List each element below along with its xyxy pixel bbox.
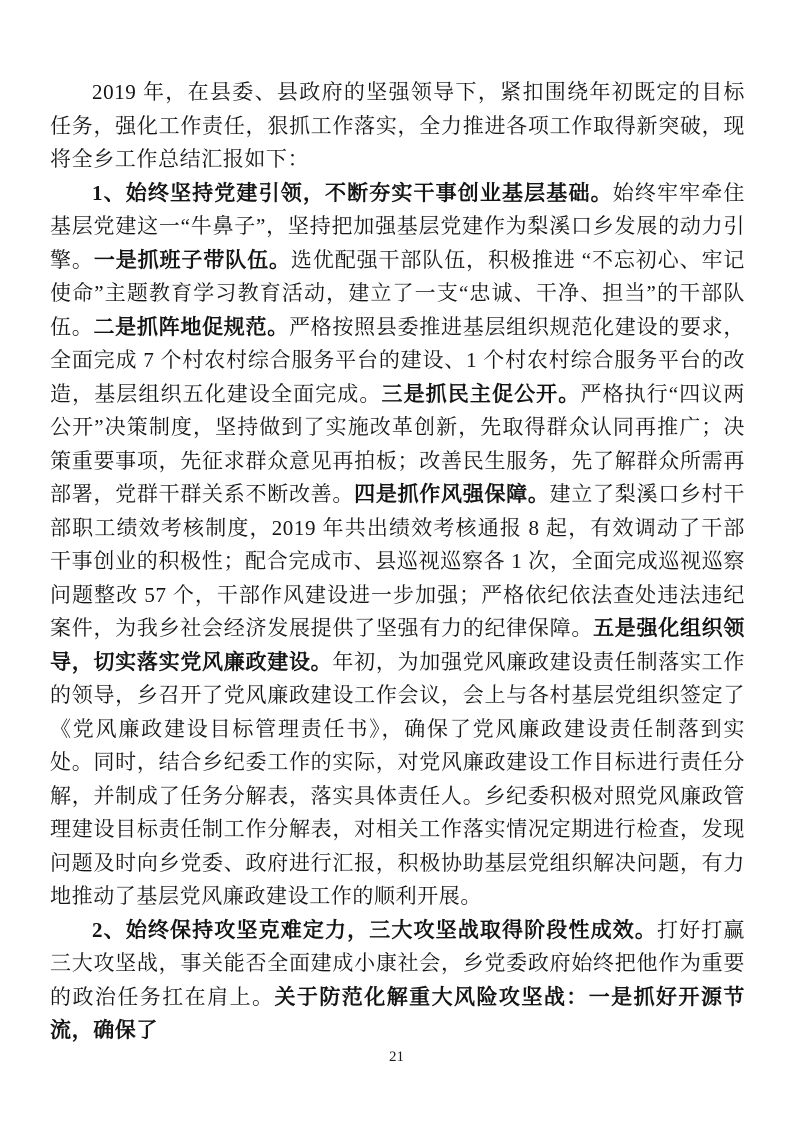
paragraph: 2019 年，在县委、县政府的坚强领导下，紧扣围绕年初既定的目标任务，强化工作责… xyxy=(50,76,745,177)
text-run: 2019 年，在县委、县政府的坚强领导下，紧扣围绕年初既定的目标任务，强化工作责… xyxy=(50,80,745,171)
page-footer: 21 xyxy=(0,1049,793,1066)
bold-text-run: 1、始终坚持党建引领，不断夯实干事创业基层基础。 xyxy=(92,181,613,205)
page-number: 21 xyxy=(389,1049,404,1065)
bold-text-run: 一是抓班子带队伍。 xyxy=(94,248,291,272)
paragraph: 1、始终坚持党建引领，不断夯实干事创业基层基础。始终牢牢牵住基层党建这一“牛鼻子… xyxy=(50,177,745,914)
bold-text-run: 四是抓作风强保障。 xyxy=(354,482,550,506)
document-body: 2019 年，在县委、县政府的坚强领导下，紧扣围绕年初既定的目标任务，强化工作责… xyxy=(50,76,745,1048)
bold-text-run: 2、始终保持攻坚克难定力，三大攻坚战取得阶段性成效。 xyxy=(92,918,657,942)
text-run: 年初，为加强党风廉政建设责任制落实工作的领导，乡召开了党风廉政建设工作会议，会上… xyxy=(50,650,745,909)
paragraph: 2、始终保持攻坚克难定力，三大攻坚战取得阶段性成效。打好打赢三大攻坚战，事关能否… xyxy=(50,914,745,1048)
document-page: 2019 年，在县委、县政府的坚强领导下，紧扣围绕年初既定的目标任务，强化工作责… xyxy=(0,0,793,1122)
bold-text-run: 三是抓民主促公开。 xyxy=(381,382,580,406)
bold-text-run: 二是抓阵地促规范。 xyxy=(93,315,289,339)
